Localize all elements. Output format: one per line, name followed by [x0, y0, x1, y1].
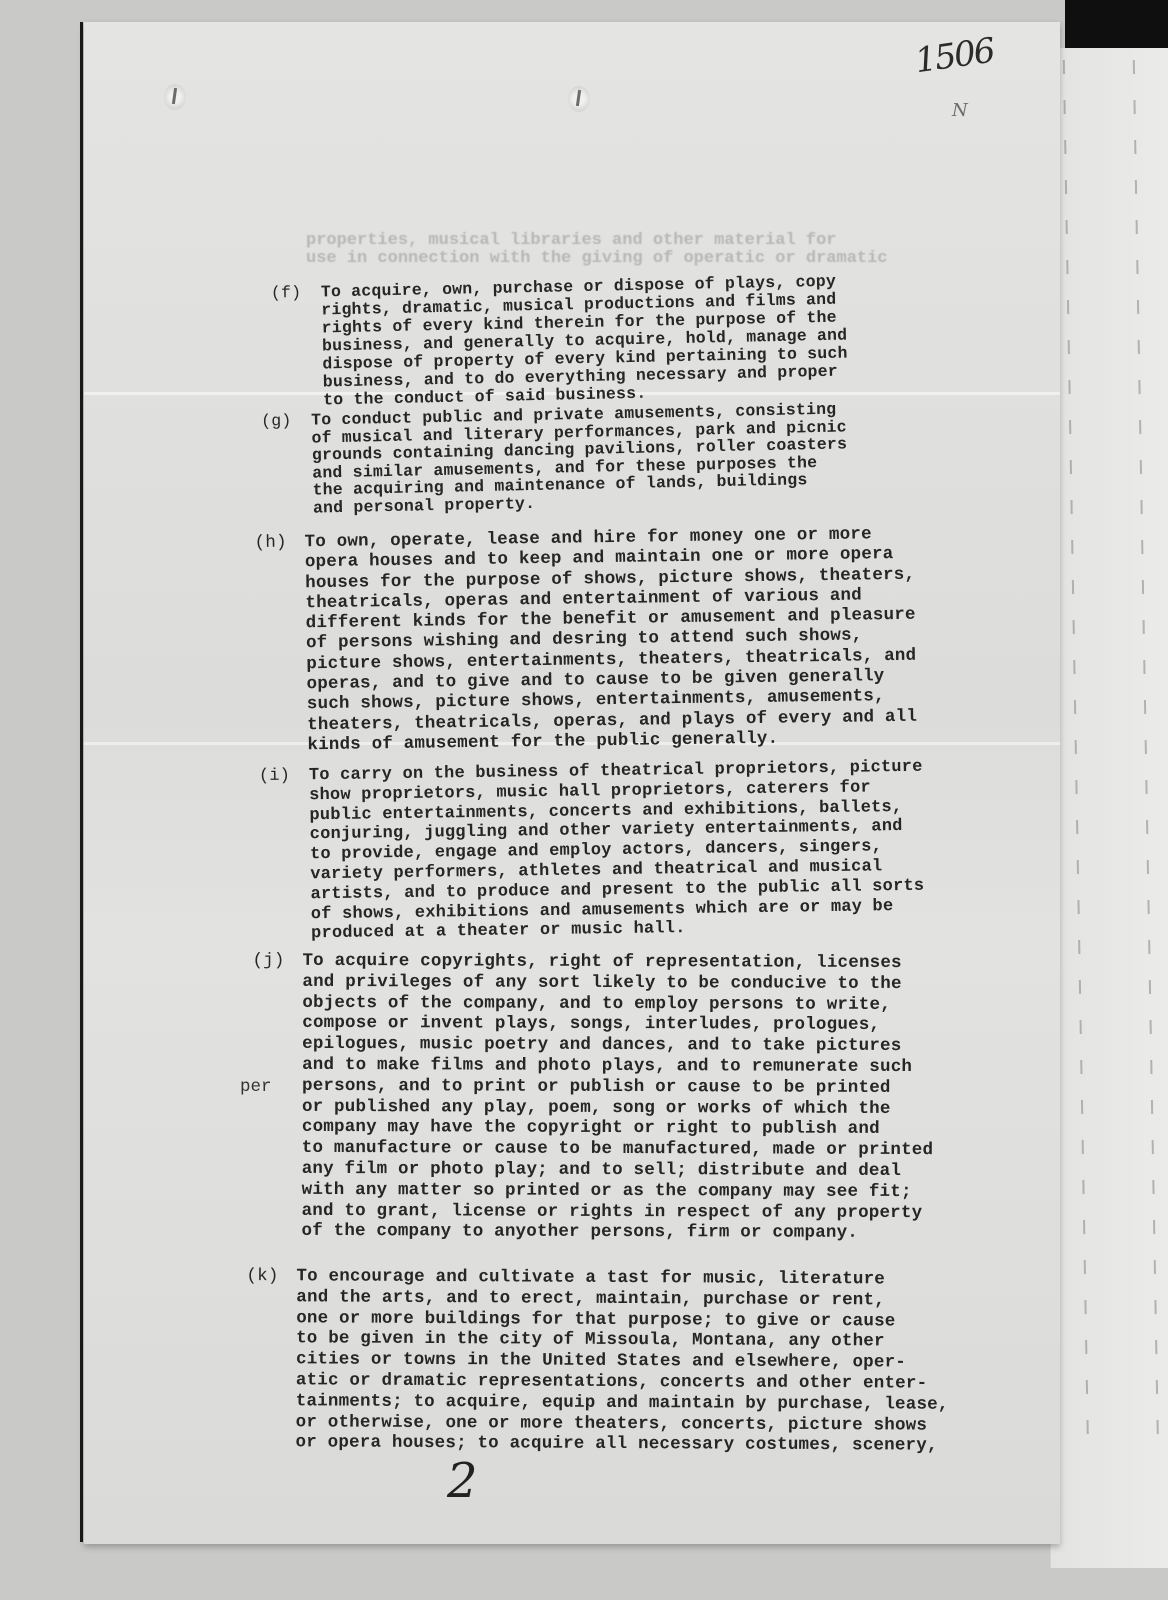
clause-text: To acquire copyrights, right of represen…: [301, 951, 933, 1244]
show-through-line: properties, musical libraries and other …: [306, 231, 837, 250]
clause-text: To encourage and cultivate a tast for mu…: [296, 1266, 950, 1457]
clause-g: (g) To conduct public and private amusem…: [311, 400, 848, 516]
clause-h: (h) To own, operate, lease and hire for …: [304, 524, 917, 756]
show-through-line: use in connection with the giving of ope…: [306, 249, 888, 268]
clause-text: To carry on the business of theatrical p…: [309, 758, 925, 945]
clause-label: (g): [261, 412, 292, 430]
show-through-text: properties, musical libraries and other …: [306, 232, 888, 268]
clause-k: (k) To encourage and cultivate a tast fo…: [296, 1266, 950, 1457]
clause-label: (f): [271, 284, 302, 303]
staple-hole-icon: [568, 86, 590, 112]
clause-label: (j): [252, 951, 284, 972]
background-dark-surface: [1065, 0, 1168, 55]
staple-hole-icon: [164, 84, 186, 110]
clause-text: To own, operate, lease and hire for mone…: [304, 524, 917, 756]
handwritten-initial: N: [952, 100, 968, 121]
clause-j: (j) To acquire copyrights, right of repr…: [301, 951, 933, 1244]
clause-f: (f) To acquire, own, purchase or dispose…: [321, 273, 849, 410]
clause-i: (i) To carry on the business of theatric…: [309, 758, 925, 945]
clause-label: (k): [246, 1266, 278, 1287]
clause-text: To conduct public and private amusements…: [311, 400, 848, 516]
clause-text: To acquire, own, purchase or dispose of …: [321, 273, 849, 410]
handwritten-footer-page-number: 2: [447, 1453, 478, 1509]
sheet-left-edge: [80, 22, 83, 1542]
clause-label: (i): [259, 767, 290, 787]
margin-note: per: [240, 1077, 272, 1097]
clause-label: (h): [254, 533, 286, 554]
